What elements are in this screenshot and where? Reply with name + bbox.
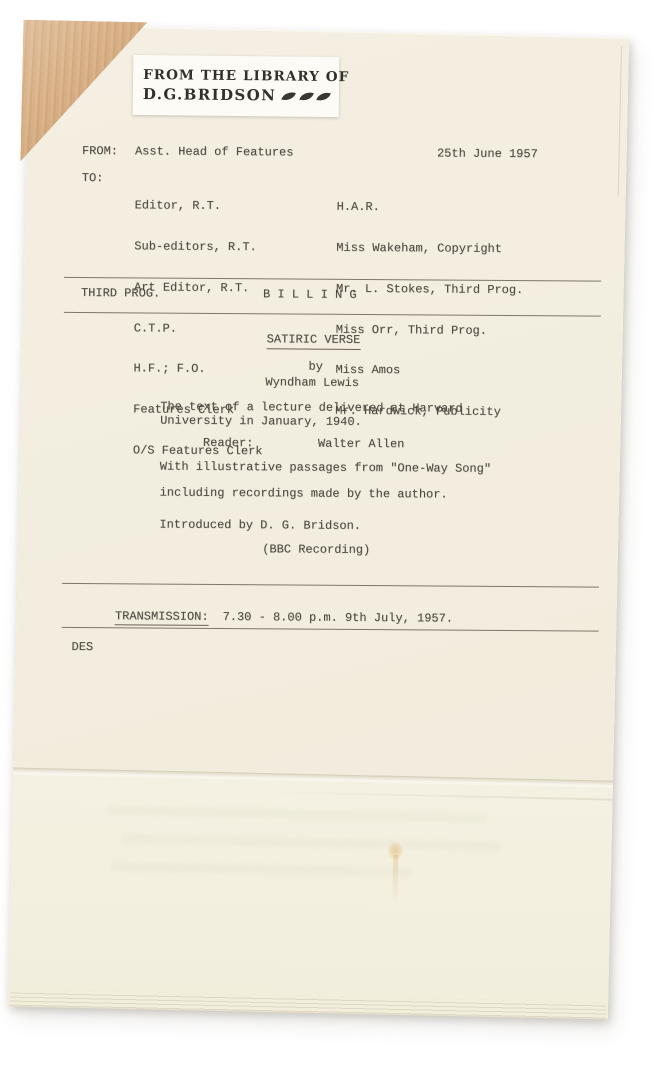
photo-backdrop: FROM THE LIBRARY OF D.G.BRIDSON FROM: As… — [0, 0, 666, 1068]
rule-transmission-top — [62, 583, 599, 588]
typed-content: FROM: Asst. Head of Features 25th June 1… — [0, 0, 666, 1068]
to-recipient: Miss Wakeham, Copyright — [336, 242, 523, 257]
to-recipient: Editor, R.T. — [135, 200, 265, 214]
to-recipient: Sub-editors, R.T. — [134, 240, 264, 254]
author-name: Wyndham Lewis — [265, 376, 359, 390]
by-label: by — [308, 361, 323, 375]
introduced-line: Introduced by D. G. Bridson. — [159, 519, 361, 534]
typist-initials: DES — [71, 641, 93, 655]
memo-to-label: TO: — [82, 172, 104, 186]
reader-label: Reader: — [203, 437, 254, 451]
transmission-label: TRANSMISSION: — [115, 609, 209, 626]
to-recipient: H.F.; F.O. — [133, 363, 263, 377]
section-label: THIRD PROG. — [81, 287, 160, 301]
to-recipient: Miss Orr, Third Prog. — [336, 323, 523, 338]
transmission-value: 7.30 - 8.00 p.m. 9th July, 1957. — [223, 610, 454, 626]
recordings-line: including recordings made by the author. — [160, 487, 448, 503]
recording-note: (BBC Recording) — [262, 543, 370, 557]
to-recipient: Miss Amos — [335, 364, 522, 379]
to-recipient: H.A.R. — [337, 201, 524, 216]
memo-from-value: Asst. Head of Features — [135, 145, 294, 160]
transmission-row: TRANSMISSION:7.30 - 8.00 p.m. 9th July, … — [72, 596, 454, 639]
description-line-2: University in January, 1940. — [160, 415, 362, 430]
to-recipient: Mr. L. Stokes, Third Prog. — [336, 283, 523, 298]
memo-from-label: FROM: — [82, 145, 118, 159]
reader-name: Walter Allen — [318, 438, 405, 452]
passages-line: With illustrative passages from "One-Way… — [160, 461, 491, 477]
programme-title: SATIRIC VERSE — [267, 333, 361, 349]
billing-heading: B I L L I N G — [263, 288, 357, 302]
memo-date: 25th June 1957 — [437, 147, 538, 161]
to-recipient: C.T.P. — [134, 322, 264, 336]
